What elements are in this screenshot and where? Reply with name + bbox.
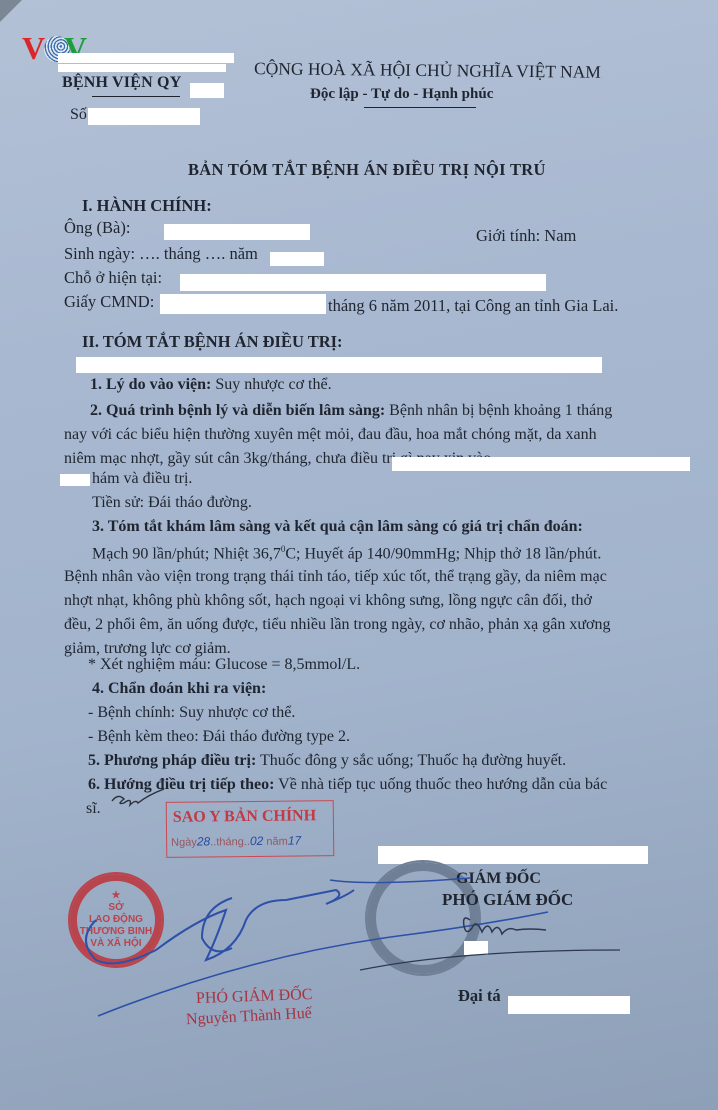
id-issue: tháng 6 năm 2011, tại Công an tỉnh Gia L… bbox=[328, 296, 618, 316]
redaction bbox=[58, 64, 226, 72]
exam-line: đều, 2 phổi êm, ăn uống được, tiểu nhiều… bbox=[64, 616, 610, 634]
deputy-director-title: PHÓ GIÁM ĐỐC bbox=[442, 890, 573, 910]
id-label: Giấy CMND: bbox=[64, 292, 154, 312]
red-official-seal: ★ SỞ LAO ĐỘNG THƯƠNG BINH VÀ XÃ HỘI bbox=[68, 872, 164, 968]
item-5: 5. Phương pháp điều trị: Thuốc đông y sắ… bbox=[88, 752, 566, 770]
redaction bbox=[88, 108, 200, 125]
item-6: 6. Hướng điều trị tiếp theo: Về nhà tiếp… bbox=[88, 776, 607, 794]
name-label: Ông (Bà): bbox=[64, 218, 130, 238]
hospital-underline bbox=[92, 96, 180, 97]
diagnosis-secondary: - Bệnh kèm theo: Đái tháo đường type 2. bbox=[88, 728, 350, 746]
redaction bbox=[60, 474, 90, 486]
section-1-heading: I. HÀNH CHÍNH: bbox=[82, 196, 212, 216]
document-title: BẢN TÓM TẮT BỆNH ÁN ĐIỀU TRỊ NỘI TRÚ bbox=[188, 160, 546, 180]
lab-result: * Xét nghiệm máu: Glucose = 8,5mmol/L. bbox=[88, 656, 360, 674]
redaction bbox=[164, 224, 310, 240]
item-6-cont: sĩ. bbox=[86, 800, 101, 818]
dob: Sinh ngày: …. tháng …. năm bbox=[64, 244, 258, 264]
gender: Giới tính: Nam bbox=[476, 226, 576, 246]
photo-corner-shadow bbox=[0, 0, 22, 22]
document-number-label: Số bbox=[70, 106, 87, 124]
copy-stamp-date: Ngày28..tháng..02 năm17 bbox=[171, 833, 301, 848]
exam-line: Bệnh nhân vào viện trong trạng thái tỉnh… bbox=[64, 568, 607, 586]
diagnosis-main: - Bệnh chính: Suy nhược cơ thể. bbox=[88, 704, 295, 722]
nation-title: CỘNG HOÀ XÃ HỘI CHỦ NGHĨA VIỆT NAM bbox=[254, 58, 601, 83]
redaction bbox=[392, 457, 690, 471]
item-1: 1. Lý do vào viện: Suy nhược cơ thể. bbox=[90, 376, 332, 394]
redaction bbox=[508, 996, 630, 1014]
seal-text: ★ SỞ LAO ĐỘNG THƯƠNG BINH VÀ XÃ HỘI bbox=[80, 890, 152, 950]
address-label: Chỗ ở hiện tại: bbox=[64, 268, 162, 288]
history: Tiền sử: Đái tháo đường. bbox=[92, 494, 252, 512]
redaction bbox=[464, 941, 488, 955]
motto: Độc lập - Tự do - Hạnh phúc bbox=[310, 86, 493, 103]
item-4-heading: 4. Chẩn đoán khi ra viện: bbox=[92, 680, 266, 698]
redaction bbox=[160, 294, 326, 314]
section-2-heading: II. TÓM TẮT BỆNH ÁN ĐIỀU TRỊ: bbox=[82, 332, 343, 352]
redaction bbox=[190, 83, 224, 98]
redaction bbox=[58, 53, 234, 63]
item-2: 2. Quá trình bệnh lý và diễn biến lâm sà… bbox=[90, 402, 612, 420]
left-signer-name: Nguyễn Thành Huế bbox=[186, 1005, 313, 1030]
rank-label: Đại tá bbox=[458, 986, 501, 1006]
copy-stamp-title: SAO Y BẢN CHÍNH bbox=[173, 807, 316, 826]
director-title: GIÁM ĐỐC bbox=[456, 870, 541, 888]
exam-line: nhợt nhạt, không phù không sốt, hạch ngo… bbox=[64, 592, 592, 610]
item-3-heading: 3. Tóm tắt khám lâm sàng và kết quả cận … bbox=[92, 518, 583, 536]
motto-underline bbox=[364, 107, 476, 108]
redaction bbox=[180, 274, 546, 291]
item-2-line: nay với các biểu hiện thường xuyên mệt m… bbox=[64, 426, 597, 444]
redaction bbox=[270, 252, 324, 266]
item-2-line: hám và điều trị. bbox=[92, 470, 192, 488]
redaction bbox=[76, 357, 602, 373]
copy-stamp: SAO Y BẢN CHÍNH Ngày28..tháng..02 năm17 bbox=[166, 800, 335, 858]
hospital-name: BỆNH VIỆN QY bbox=[62, 74, 181, 92]
vitals: Mạch 90 lần/phút; Nhiệt 36,70C; Huyết áp… bbox=[92, 544, 601, 563]
